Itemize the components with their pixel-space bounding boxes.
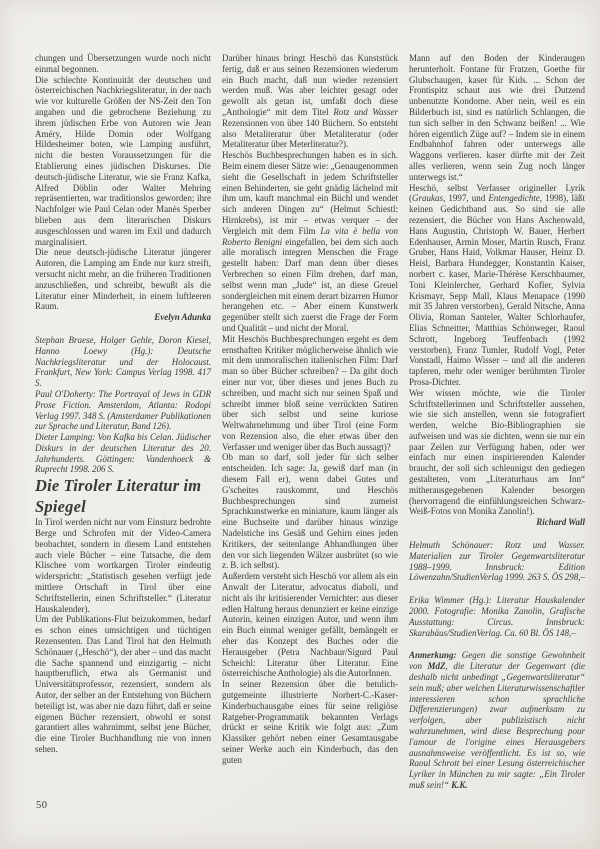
body-paragraph: Die neue deutsch-jüdische Literatur jüng… bbox=[35, 247, 211, 312]
body-paragraph: Außerdem versteht sich Heschö vor allem … bbox=[222, 571, 398, 679]
bibliography-entry: Stephan Braese, Holger Gehle, Doron Kies… bbox=[35, 335, 211, 389]
text-column-1: chungen und Übersetzungen wurde noch nic… bbox=[35, 53, 211, 791]
text-column-2: Darüber hinaus bringt Heschö das Kunstst… bbox=[222, 53, 398, 791]
scanned-journal-page: chungen und Übersetzungen wurde noch nic… bbox=[0, 0, 600, 849]
article-heading: Die Tiroler Literatur im Spiegel bbox=[35, 475, 211, 517]
body-paragraph: Die schlechte Kontinuität der deutschen … bbox=[35, 75, 211, 248]
body-paragraph: chungen und Übersetzungen wurde noch nic… bbox=[35, 53, 211, 75]
body-paragraph: Darüber hinaus bringt Heschö das Kunstst… bbox=[222, 53, 398, 150]
body-paragraph: In Tirol werden nicht nur vom Einsturz b… bbox=[35, 517, 211, 614]
body-paragraph: Mann auf den Boden der Kinderaugen herun… bbox=[409, 53, 585, 183]
body-paragraph: Heschös Buchbesprechungen haben es in si… bbox=[222, 150, 398, 334]
bibliography-entry: Erika Wimmer (Hg.): Literatur Hauskalend… bbox=[409, 595, 585, 638]
body-paragraph: Mit Heschös Buchbesprechungen ergeht es … bbox=[222, 334, 398, 453]
text-column-3: Mann auf den Boden der Kinderaugen herun… bbox=[409, 53, 585, 791]
page-number: 50 bbox=[36, 800, 48, 811]
body-paragraph: Wer wissen möchte, wie die Tiroler Schri… bbox=[409, 388, 585, 518]
body-paragraph: Um der Publikations-Flut beizukommen, be… bbox=[35, 614, 211, 754]
author-signature: Evelyn Adunka bbox=[35, 312, 211, 323]
body-paragraph: Ob man so darf, soll jeder für sich selb… bbox=[222, 452, 398, 571]
body-paragraph: In seiner Rezension über die betulich-gu… bbox=[222, 679, 398, 765]
bibliography-entry: Helmuth Schönauer: Rotz und Wasser. Mate… bbox=[409, 540, 585, 583]
body-paragraph: Heschö, selbst Verfasser origineller Lyr… bbox=[409, 183, 585, 388]
editorial-note: Anmerkung: Gegen die sonstige Gewohnheit… bbox=[409, 650, 585, 790]
bibliography-entry: Dieter Lamping: Von Kafka bis Celan. Jüd… bbox=[35, 432, 211, 475]
text-columns: chungen und Übersetzungen wurde noch nic… bbox=[35, 53, 585, 791]
author-signature: Richard Wall bbox=[409, 517, 585, 528]
bibliography-entry: Paul O'Doherty: The Portrayal of Jews in… bbox=[35, 389, 211, 432]
